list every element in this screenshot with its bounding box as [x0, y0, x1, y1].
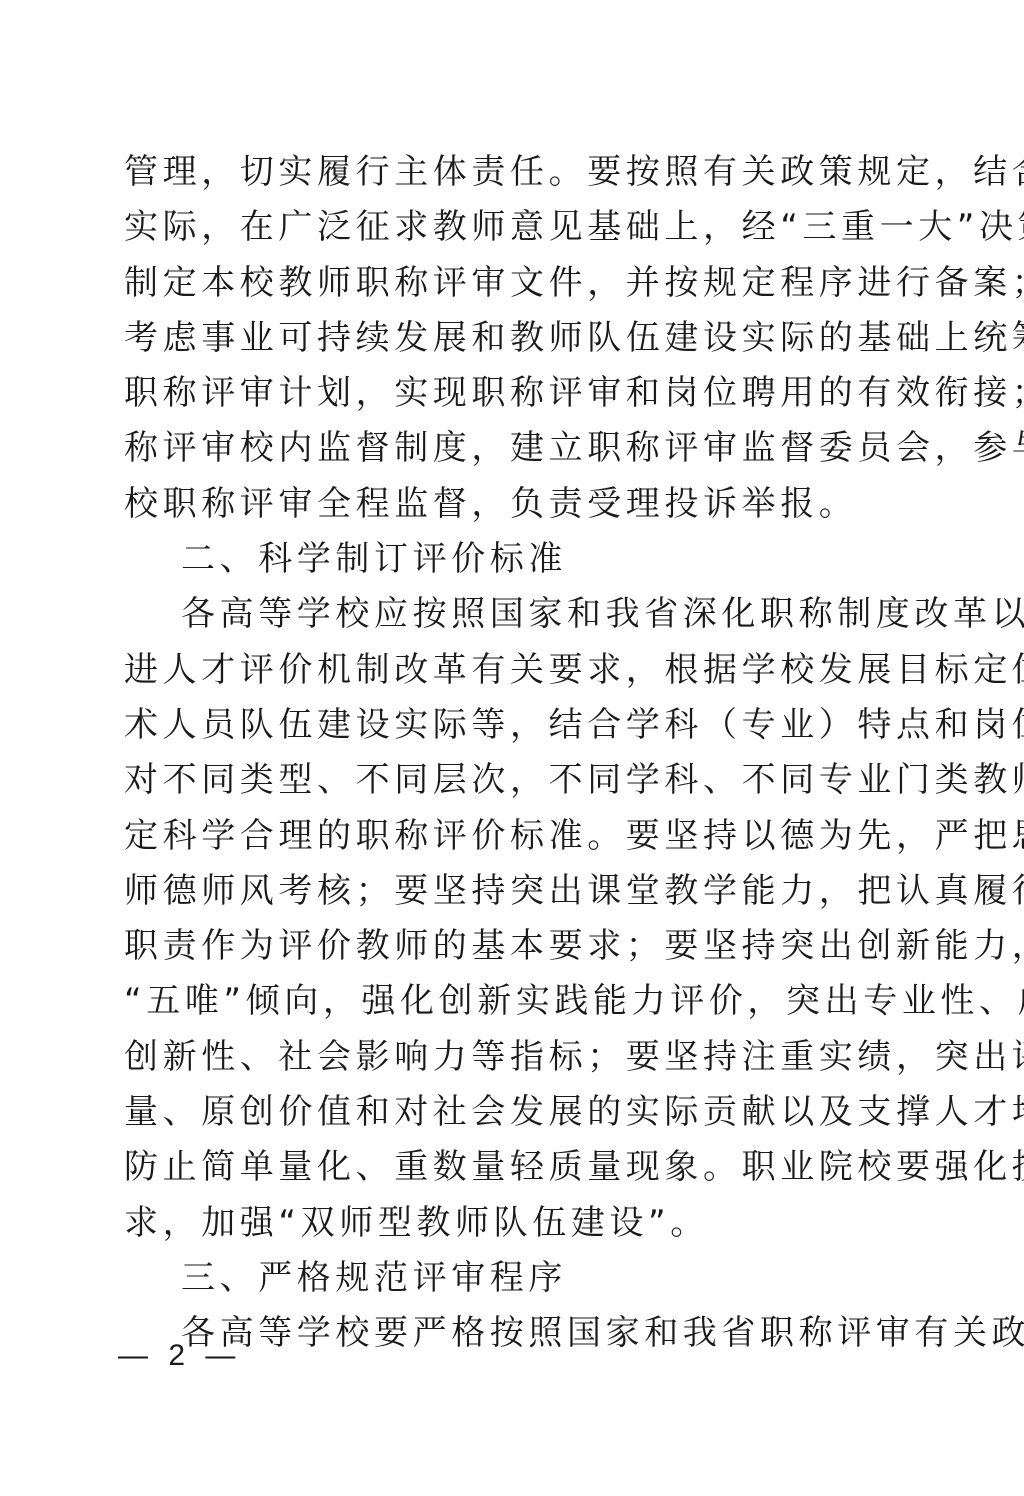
section-heading: 二、科学制订评价标准: [124, 532, 914, 587]
text-line: 对不同类型、不同层次，不同学科、不同专业门类教师，分别制: [124, 753, 914, 808]
page-number: — 2 —: [118, 1339, 241, 1373]
text-line: 创新性、社会影响力等指标；要坚持注重实绩，突出评价成果质: [124, 1030, 914, 1085]
text-line: 称评审校内监督制度，建立职称评审监督委员会，参与并负责高: [124, 421, 914, 476]
text-line: 量、原创价值和对社会发展的实际贡献以及支撑人才培养情况，: [124, 1085, 914, 1140]
text-line: 防止简单量化、重数量轻质量现象。职业院校要强化技术技能要: [124, 1140, 914, 1195]
text-line: 求，加强“双师型教师队伍建设”。: [124, 1196, 914, 1251]
text-line: 职称评审计划，实现职称评审和岗位聘用的有效衔接；要健全职: [124, 366, 914, 421]
text-line: 各高等学校要严格按照国家和我省职称评审有关政策，规范: [124, 1306, 914, 1361]
section-heading: 三、严格规范评审程序: [124, 1251, 914, 1306]
text-line: 实际，在广泛征求教师意见基础上，经“三重一大”决策程序，: [124, 200, 914, 255]
text-line: 管理，切实履行主体责任。要按照有关政策规定，结合学校发展: [124, 145, 914, 200]
text-line: 考虑事业可持续发展和教师队伍建设实际的基础上统筹规划年度: [124, 311, 914, 366]
text-line: 师德师风考核；要坚持突出课堂教学能力，把认真履行教育教学: [124, 864, 914, 919]
body-text: 管理，切实履行主体责任。要按照有关政策规定，结合学校发展 实际，在广泛征求教师意…: [124, 145, 914, 1362]
text-line: 术人员队伍建设实际等，结合学科（专业）特点和岗位要求，针: [124, 698, 914, 753]
text-line: 定科学合理的职称评价标准。要坚持以德为先，严把思想政治和: [124, 809, 914, 864]
text-line: 校职称评审全程监督，负责受理投诉举报。: [124, 477, 914, 532]
text-line: 各高等学校应按照国家和我省深化职称制度改革以及分类推: [124, 587, 914, 642]
document-page: 管理，切实履行主体责任。要按照有关政策规定，结合学校发展 实际，在广泛征求教师意…: [0, 0, 1024, 1496]
text-line: 进人才评价机制改革有关要求，根据学校发展目标定位和专业技: [124, 643, 914, 698]
text-line: “五唯”倾向，强化创新实践能力评价，突出专业性、成长性、: [124, 974, 914, 1029]
text-line: 职责作为评价教师的基本要求；要坚持突出创新能力，坚决克服: [124, 919, 914, 974]
text-line: 制定本校教师职称评审文件，并按规定程序进行备案；要在充分: [124, 256, 914, 311]
